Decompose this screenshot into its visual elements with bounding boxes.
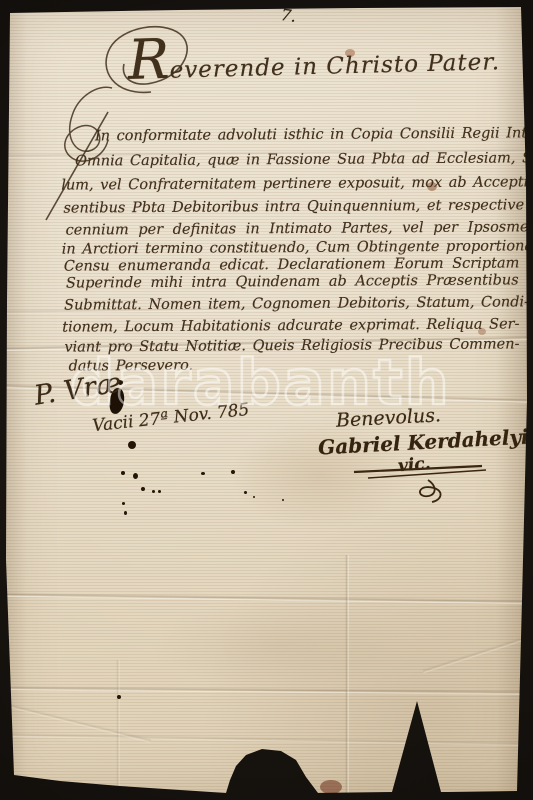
- ink-speck: [201, 472, 205, 475]
- body-line: Censu enumeranda edicat. Declarationem E…: [64, 255, 520, 274]
- ink-speck: [121, 471, 125, 475]
- folio-number: 7.: [280, 5, 298, 26]
- body-line: in Arctiori termino constituendo, Cum Ob…: [62, 238, 533, 257]
- ink-speck: [244, 491, 247, 494]
- darabanth-watermark: darabanth: [70, 352, 451, 414]
- letter-body: In conformitate advoluti isthic in Copia…: [58, 0, 520, 2]
- ink-speck: [128, 441, 136, 449]
- body-line: cennium per definitas in Intimato Partes…: [66, 219, 533, 238]
- ink-speck: [122, 502, 125, 505]
- body-line: Submittat. Nomen item, Cognomen Debitori…: [64, 294, 529, 313]
- ink-speck: [124, 511, 127, 515]
- body-line: tionem, Locum Habitationis adcurate expr…: [62, 316, 519, 335]
- ink-speck: [152, 490, 155, 493]
- ink-speck: [231, 470, 235, 474]
- ink-speck: [158, 490, 161, 493]
- ink-speck: [117, 695, 121, 699]
- body-line: lum, vel Confraternitatem pertinere expo…: [61, 174, 533, 194]
- body-line: sentibus Pbta Debitoribus intra Quinquen…: [63, 197, 533, 216]
- body-line: Superinde mihi intra Quindenam ab Accept…: [66, 272, 519, 291]
- ink-speck: [253, 496, 255, 498]
- showthrough-smudge: [150, 600, 410, 690]
- body-line: In conformitate advoluti isthic in Copia…: [95, 125, 533, 144]
- ink-speck: [282, 499, 284, 501]
- body-line: Omnia Capitalia, quæ in Fassione Sua Pbt…: [75, 150, 533, 169]
- photo-backdrop: 7. Reverende in Christo Pater. In confor…: [0, 0, 533, 800]
- ink-speck: [141, 487, 145, 491]
- ink-speck: [133, 473, 138, 479]
- foxing-stain: [320, 780, 342, 794]
- signature-suffix: vic.: [397, 454, 431, 477]
